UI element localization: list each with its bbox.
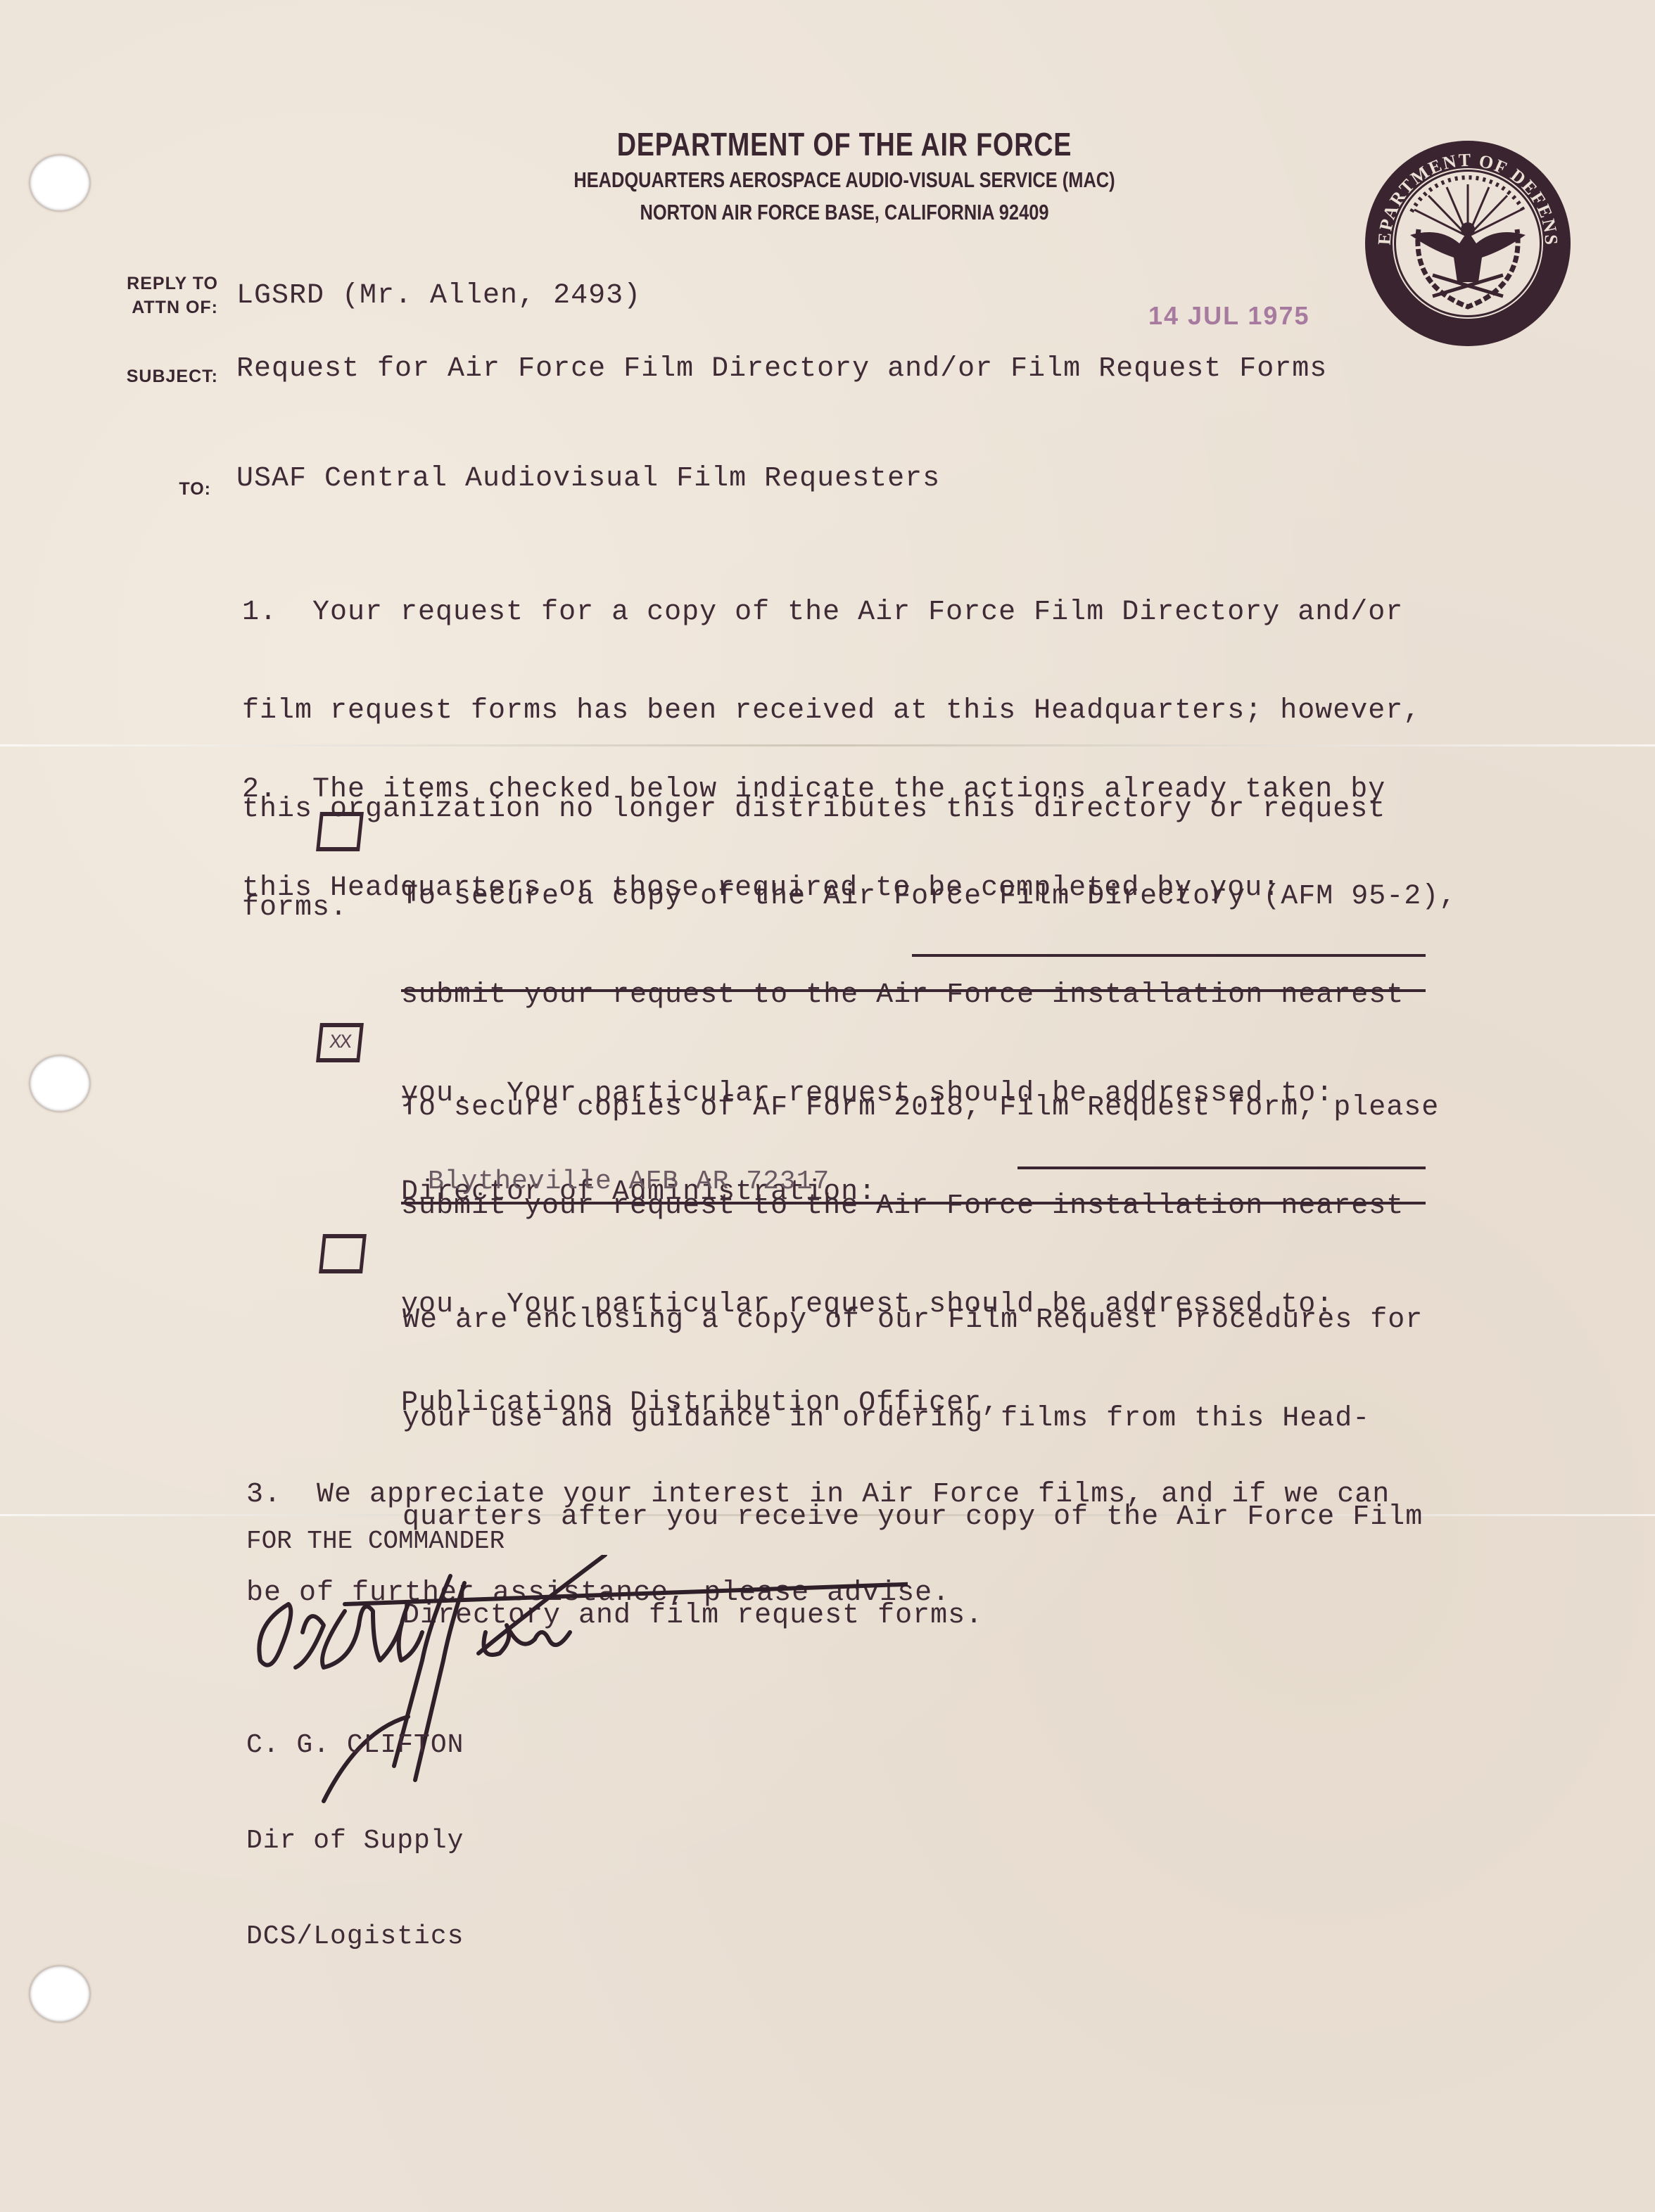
publications-officer-address: Blytheville AFB AR 72317 — [428, 1167, 830, 1197]
reply-to-value: LGSRD (Mr. Allen, 2493) — [236, 280, 641, 312]
punch-hole-middle — [30, 1055, 90, 1112]
signer-name: C. G. CLIFTON — [246, 1728, 464, 1763]
director-of-administration-blank-2[interactable] — [401, 989, 1426, 992]
department-of-defense-seal-icon: DEPARTMENT OF DEFENSE UNITED STATES OF A… — [1362, 138, 1573, 349]
date-stamp: 14 JUL 1975 — [1148, 301, 1310, 331]
punch-hole-top — [30, 155, 90, 211]
checkbox-af-form-2018[interactable]: XX — [316, 1023, 364, 1062]
letterhead-address: NORTON AIR FORCE BASE, CALIFORNIA 92409 — [509, 200, 1179, 225]
to-label: TO: — [141, 477, 211, 501]
checkbox-film-directory[interactable] — [316, 812, 364, 851]
director-of-administration-blank-1[interactable] — [912, 954, 1426, 957]
letterhead-headquarters: HEADQUARTERS AEROSPACE AUDIO-VISUAL SERV… — [509, 167, 1179, 193]
signer-title: Dir of Supply — [246, 1824, 464, 1859]
subject-value: Request for Air Force Film Directory and… — [236, 353, 1327, 385]
closing-for-the-commander: FOR THE COMMANDER — [246, 1527, 505, 1556]
reply-to-label: REPLY TO ATTN OF: — [77, 272, 218, 319]
letterhead-department: DEPARTMENT OF THE AIR FORCE — [509, 125, 1179, 163]
signer-block: C. G. CLIFTON Dir of Supply DCS/Logistic… — [246, 1667, 464, 1985]
publications-officer-blank-2[interactable] — [401, 1202, 1426, 1204]
punch-hole-bottom — [30, 1966, 90, 2022]
to-value: USAF Central Audiovisual Film Requesters — [236, 463, 940, 495]
publications-officer-blank-1[interactable] — [1017, 1167, 1426, 1169]
checkbox-film-request-procedures[interactable] — [319, 1234, 367, 1273]
subject-label: SUBJECT: — [77, 364, 218, 388]
signer-office: DCS/Logistics — [246, 1919, 464, 1954]
